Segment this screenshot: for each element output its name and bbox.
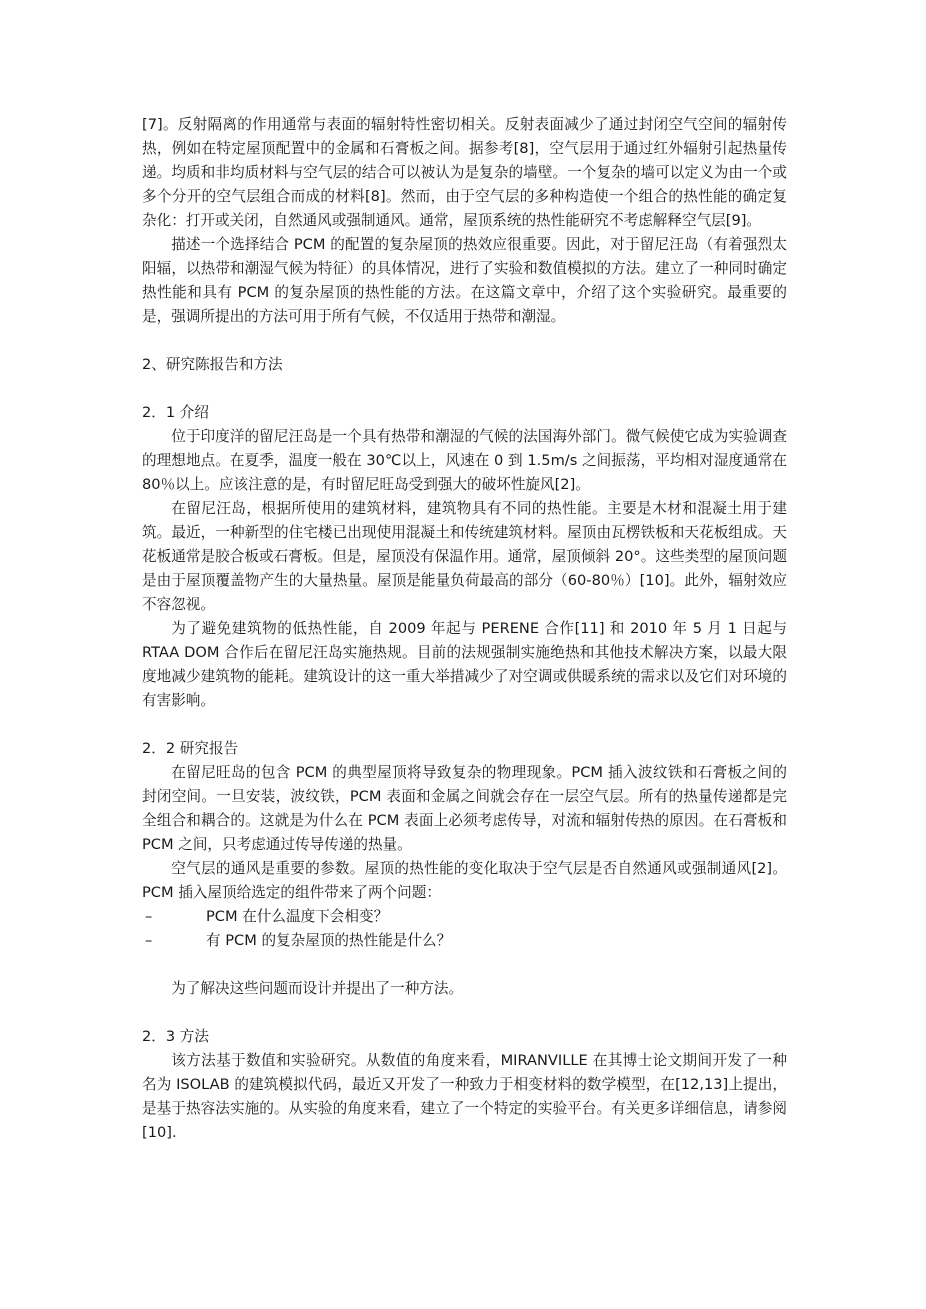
paragraph-pcm-physics: 在留尼旺岛的包含 PCM 的典型屋顶将导致复杂的物理现象。PCM 插入波纹铁和石…: [142, 761, 787, 857]
dash-bullet-icon: –: [142, 905, 206, 929]
spacer: [142, 953, 787, 977]
bullet-item: – 有 PCM 的复杂屋顶的热性能是什么？: [142, 929, 787, 953]
paragraph-building-materials: 在留尼汪岛，根据所使用的建筑材料，建筑物具有不同的热性能。主要是木材和混凝土用于…: [142, 497, 787, 617]
dash-bullet-icon: –: [142, 929, 206, 953]
spacer: [142, 1001, 787, 1025]
section-heading-2-2: 2．2 研究报告: [142, 737, 787, 761]
paragraph-pcm-roof-importance: 描述一个选择结合 PCM 的配置的复杂屋顶的热效应很重要。因此，对于留尼汪岛（有…: [142, 233, 787, 329]
spacer: [142, 377, 787, 401]
paragraph-reflective-insulation: [7]。反射隔离的作用通常与表面的辐射特性密切相关。反射表面减少了通过封闭空气空…: [142, 113, 787, 233]
section-heading-2-1: 2．1 介绍: [142, 401, 787, 425]
spacer: [142, 329, 787, 353]
paragraph-reunion-climate: 位于印度洋的留尼汪岛是一个具有热带和潮湿的气候的法国海外部门。微气候使它成为实验…: [142, 425, 787, 497]
document-page: [7]。反射隔离的作用通常与表面的辐射特性密切相关。反射表面减少了通过封闭空气空…: [142, 113, 787, 1145]
bullet-text: PCM 在什么温度下会相变？: [206, 905, 388, 929]
section-heading-2: 2、研究陈报告和方法: [142, 353, 787, 377]
spacer: [142, 713, 787, 737]
paragraph-air-layer-ventilation: 空气层的通风是重要的参数。屋顶的热性能的变化取决于空气层是否自然通风或强制通风[…: [142, 857, 787, 905]
bullet-text: 有 PCM 的复杂屋顶的热性能是什么？: [206, 929, 451, 953]
paragraph-thermal-regulations: 为了避免建筑物的低热性能，自 2009 年起与 PERENE 合作[11] 和 …: [142, 617, 787, 713]
section-heading-2-3: 2．3 方法: [142, 1025, 787, 1049]
paragraph-method-proposed: 为了解决这些问题而设计并提出了一种方法。: [142, 977, 787, 1001]
bullet-item: – PCM 在什么温度下会相变？: [142, 905, 787, 929]
paragraph-method-description: 该方法基于数值和实验研究。从数值的角度来看，MIRANVILLE 在其博士论文期…: [142, 1049, 787, 1145]
